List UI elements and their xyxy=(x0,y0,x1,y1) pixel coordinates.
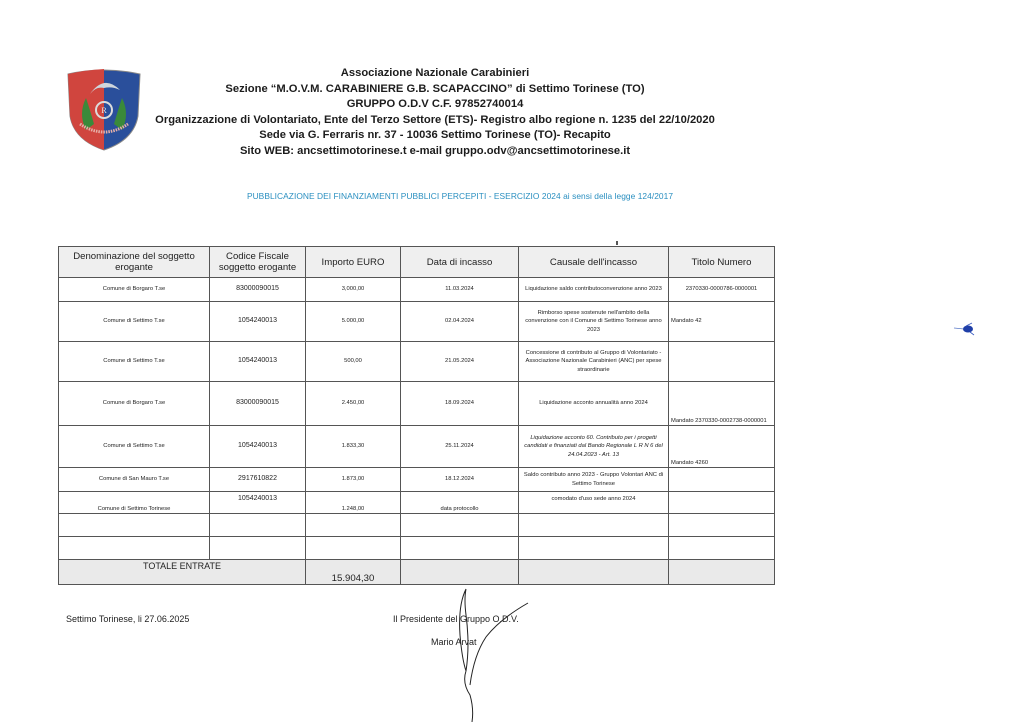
handwritten-signature-icon xyxy=(400,585,540,722)
cell-ente xyxy=(59,537,210,560)
cell-causale: comodato d'uso sede anno 2024 xyxy=(519,492,669,514)
cell-importo: 5.000,00 xyxy=(306,302,401,342)
association-logo-icon: R xyxy=(64,68,144,152)
total-value: 15.904,30 xyxy=(306,560,401,585)
cell-data: 11.03.2024 xyxy=(401,278,519,302)
table-row: Comune di San Mauro T.se 2917610822 1.87… xyxy=(59,468,775,492)
cell-titolo xyxy=(669,342,775,382)
cell-titolo xyxy=(669,514,775,537)
cell-cf: 1054240013 xyxy=(210,302,306,342)
cell-causale: Liquidazione saldo contributoconvenzione… xyxy=(519,278,669,302)
table-row: Comune di Settimo T.se 1054240013 5.000,… xyxy=(59,302,775,342)
stray-mark xyxy=(616,241,618,245)
ink-blot-icon xyxy=(952,322,978,336)
header-ente: Denominazione del soggetto erogante xyxy=(59,247,210,278)
cell-cf: 1054240013 xyxy=(210,426,306,468)
funding-table: Denominazione del soggetto erogante Codi… xyxy=(58,246,775,585)
cell-cf: 83000090015 xyxy=(210,382,306,426)
cell-titolo xyxy=(669,468,775,492)
total-label: TOTALE ENTRATE xyxy=(59,560,306,585)
cell-importo: 1.248,00 xyxy=(306,492,401,514)
cell-causale xyxy=(519,537,669,560)
header-data: Data di incasso xyxy=(401,247,519,278)
header-importo: Importo EURO xyxy=(306,247,401,278)
cell-ente: Comune di San Mauro T.se xyxy=(59,468,210,492)
total-empty-cell xyxy=(669,560,775,585)
table-row xyxy=(59,514,775,537)
cell-data: data protocollo xyxy=(401,492,519,514)
table-row: Comune di Borgaro T.se 83000090015 3,000… xyxy=(59,278,775,302)
header-line-group: GRUPPO O.D.V C.F. 97852740014 xyxy=(150,97,720,113)
cell-titolo: Mandato 42 xyxy=(669,302,775,342)
cell-titolo: Mandato 2370330-0002738-0000001 xyxy=(669,382,775,426)
cell-cf: 83000090015 xyxy=(210,278,306,302)
cell-ente xyxy=(59,514,210,537)
cell-ente: Comune di Borgaro T.se xyxy=(59,278,210,302)
cell-data xyxy=(401,537,519,560)
cell-cf xyxy=(210,537,306,560)
cell-importo: 2.450,00 xyxy=(306,382,401,426)
cell-cf: 2917610822 xyxy=(210,468,306,492)
cell-importo: 500,00 xyxy=(306,342,401,382)
table-row: Comune di Settimo T.se 1054240013 500,00… xyxy=(59,342,775,382)
header-line-association: Associazione Nazionale Carabinieri xyxy=(150,66,720,82)
header-line-web: Sito WEB: ancsettimotorinese.t e-mail gr… xyxy=(150,144,720,160)
cell-cf: 1054240013 xyxy=(210,342,306,382)
cell-data: 18.12.2024 xyxy=(401,468,519,492)
table-row: Comune di Settimo Torinese 1054240013 1.… xyxy=(59,492,775,514)
cell-causale: Saldo contributo anno 2023 - Gruppo Volo… xyxy=(519,468,669,492)
cell-ente: Comune di Borgaro T.se xyxy=(59,382,210,426)
place-and-date: Settimo Torinese, li 27.06.2025 xyxy=(66,614,189,624)
organization-header: Associazione Nazionale Carabinieri Sezio… xyxy=(150,66,720,160)
cell-ente: Comune di Settimo T.se xyxy=(59,302,210,342)
cell-titolo: Mandato 4260 xyxy=(669,426,775,468)
publication-title: PUBBLICAZIONE DEI FINANZIAMENTI PUBBLICI… xyxy=(150,191,770,201)
cell-titolo: 2370330-0000786-0000001 xyxy=(669,278,775,302)
cell-causale: Liquidazione acconto annualità anno 2024 xyxy=(519,382,669,426)
cell-importo xyxy=(306,514,401,537)
cell-ente: Comune di Settimo Torinese xyxy=(59,492,210,514)
header-line-registry: Organizzazione di Volontariato, Ente del… xyxy=(150,113,720,129)
header-titolo: Titolo Numero xyxy=(669,247,775,278)
cell-causale: Liquidazione acconto 60. Contributo per … xyxy=(519,426,669,468)
cell-importo: 3,000,00 xyxy=(306,278,401,302)
header-causale: Causale dell'incasso xyxy=(519,247,669,278)
cell-data xyxy=(401,514,519,537)
cell-titolo xyxy=(669,492,775,514)
cell-cf xyxy=(210,514,306,537)
cell-data: 18.09.2024 xyxy=(401,382,519,426)
header-codice-fiscale: Codice Fiscale soggetto erogante xyxy=(210,247,306,278)
cell-data: 25.11.2024 xyxy=(401,426,519,468)
total-row: TOTALE ENTRATE 15.904,30 xyxy=(59,560,775,585)
total-empty-cell xyxy=(401,560,519,585)
header-line-section: Sezione “M.O.V.M. CARABINIERE G.B. SCAPA… xyxy=(150,82,720,98)
president-label: Il Presidente del Gruppo O.D.V. xyxy=(393,614,519,624)
cell-cf: 1054240013 xyxy=(210,492,306,514)
cell-data: 02.04.2024 xyxy=(401,302,519,342)
cell-causale: Concessione di contributo al Gruppo di V… xyxy=(519,342,669,382)
cell-importo: 1.833,30 xyxy=(306,426,401,468)
table-header-row: Denominazione del soggetto erogante Codi… xyxy=(59,247,775,278)
cell-ente: Comune di Settimo T.se xyxy=(59,426,210,468)
signer-name: Mario Arvat xyxy=(431,637,477,647)
header-line-address: Sede via G. Ferraris nr. 37 - 10036 Sett… xyxy=(150,128,720,144)
cell-data: 21.05.2024 xyxy=(401,342,519,382)
cell-causale xyxy=(519,514,669,537)
cell-importo xyxy=(306,537,401,560)
cell-titolo xyxy=(669,537,775,560)
cell-importo: 1.873,00 xyxy=(306,468,401,492)
total-empty-cell xyxy=(519,560,669,585)
table-row: Comune di Settimo T.se 1054240013 1.833,… xyxy=(59,426,775,468)
svg-text:R: R xyxy=(101,106,107,115)
table-row: Comune di Borgaro T.se 83000090015 2.450… xyxy=(59,382,775,426)
table-row xyxy=(59,537,775,560)
cell-ente: Comune di Settimo T.se xyxy=(59,342,210,382)
cell-causale: Rimborso spese sostenute nell'ambito del… xyxy=(519,302,669,342)
